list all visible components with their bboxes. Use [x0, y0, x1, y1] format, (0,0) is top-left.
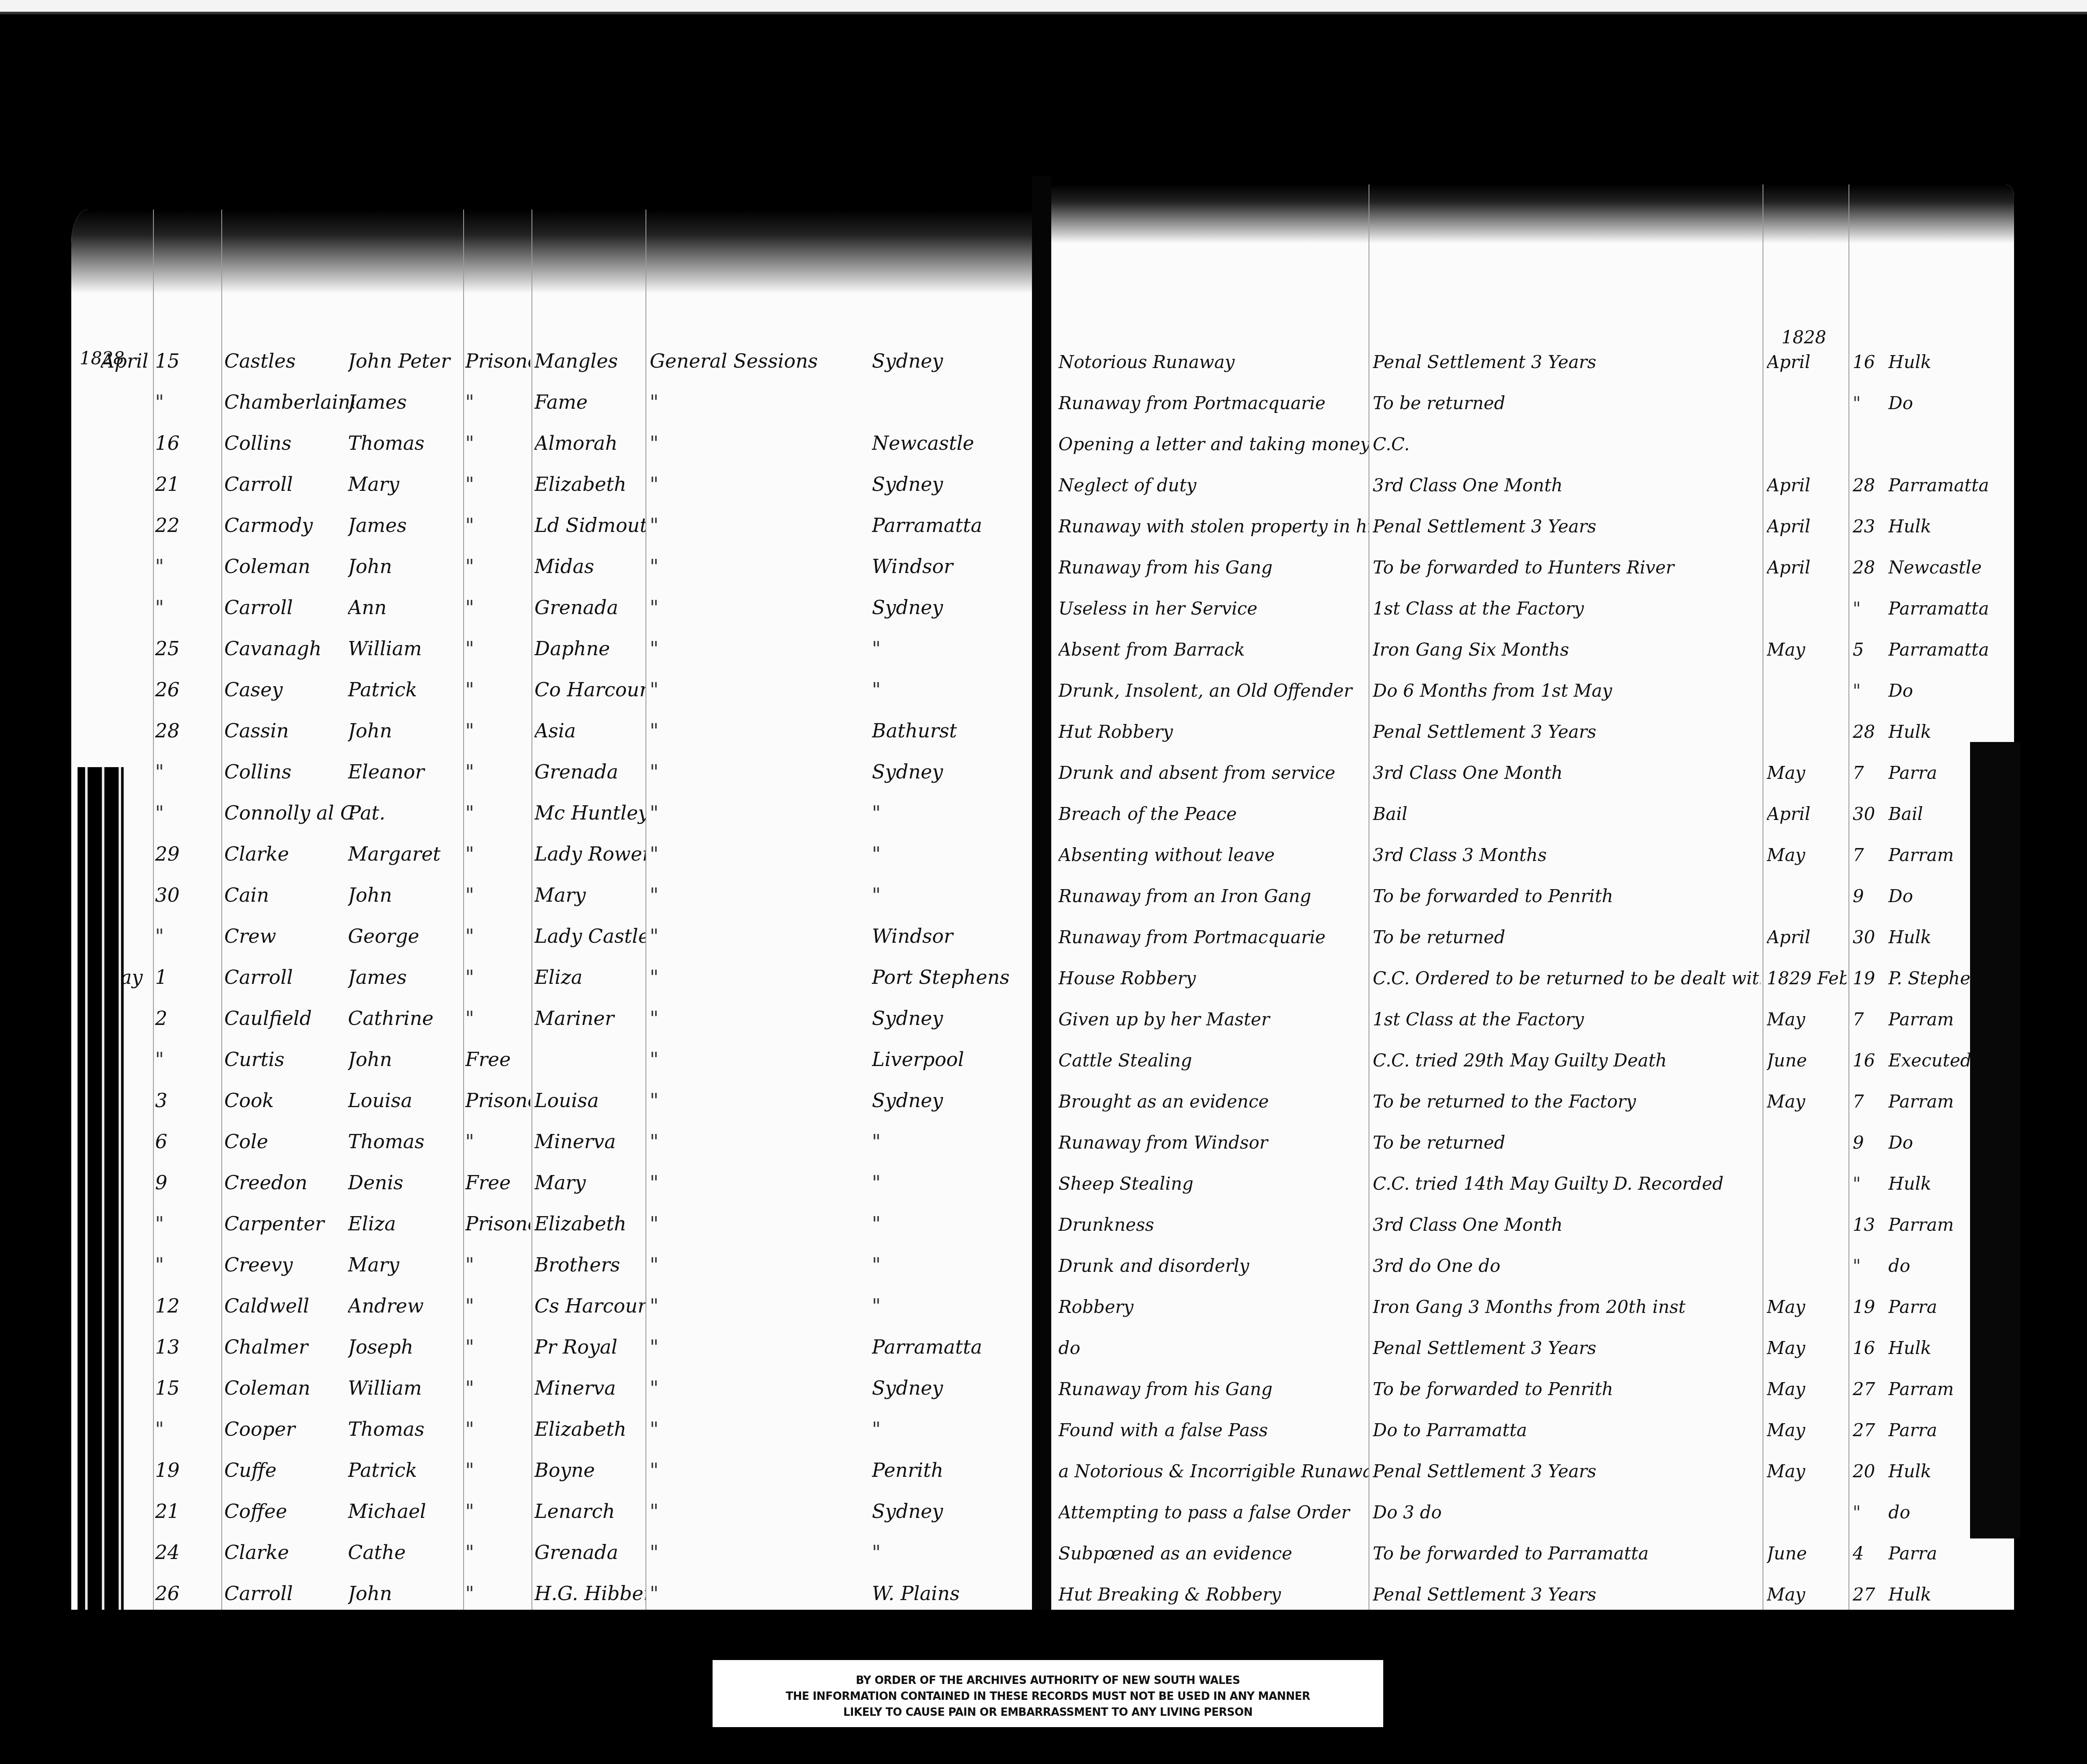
ledger-row: 12CaldwellAndrew"Cs Harcourt"" — [71, 1284, 1035, 1321]
entry-month: April — [1767, 475, 1846, 495]
entry-where-tried: " — [650, 1418, 868, 1440]
entry-offence: Drunk, Insolent, an Old Offender — [1058, 680, 1369, 701]
entry-destination: Parramatta — [1888, 639, 2010, 660]
entry-where-tried: " — [650, 802, 868, 824]
entry-where-tried: " — [650, 1212, 868, 1235]
entry-given-name: John — [348, 1582, 461, 1605]
entry-sentence: 3rd Class 3 Months — [1373, 845, 1760, 865]
ledger-row: 26CaseyPatrick"Co Harcourt"" — [71, 668, 1035, 705]
entry-day: 24 — [155, 1541, 184, 1564]
entry-given-name: Patrick — [348, 678, 461, 701]
entry-sentence: Iron Gang Six Months — [1373, 639, 1760, 660]
ledger-row: "CollinsEleanor"Grenada"Sydney — [71, 750, 1035, 787]
entry-ship: Lady Rowena — [534, 843, 646, 865]
entry-day: " — [1853, 1502, 1886, 1523]
entry-day: 7 — [1853, 1091, 1886, 1112]
ledger-row: 3CookLouisaPrisonerLouisa"Sydney — [71, 1079, 1035, 1116]
entry-offence: Runaway from Portmacquarie — [1058, 393, 1369, 413]
ledger-row: 25CavanaghWilliam"Daphne"" — [71, 627, 1035, 664]
entry-where-tried: " — [650, 555, 868, 578]
column-rule — [463, 210, 464, 1618]
entry-day: 19 — [155, 1459, 184, 1481]
entry-given-name: Cathe — [348, 1541, 461, 1564]
entry-destination: Hulk — [1888, 516, 2010, 537]
entry-month: May — [1767, 763, 1846, 783]
entry-ship: Mary — [534, 1171, 646, 1194]
entry-day: 16 — [155, 432, 184, 454]
entry-month: May — [1767, 639, 1846, 660]
entry-surname: Creedon — [224, 1171, 354, 1194]
entry-status: " — [465, 884, 530, 906]
entry-day: 7 — [1853, 1009, 1886, 1030]
entry-month: May — [1767, 1091, 1846, 1112]
entry-status: " — [465, 843, 530, 865]
entry-day: 28 — [1853, 475, 1886, 495]
book-gutter — [1032, 176, 1051, 1627]
ledger-row: 13ChalmerJoseph"Pr Royal"Parramatta — [71, 1326, 1035, 1362]
entry-ship: Elizabeth — [534, 1212, 646, 1235]
entry-ship: Grenada — [534, 1541, 646, 1564]
entry-status: " — [465, 514, 530, 537]
ledger-row: 29ClarkeMargaret"Lady Rowena"" — [71, 833, 1035, 869]
page-top-shadow — [71, 210, 1035, 293]
entry-where-tried: " — [650, 1130, 868, 1153]
entry-surname: Cole — [224, 1130, 354, 1153]
entry-day: 7 — [1853, 845, 1886, 865]
entry-day: " — [155, 802, 184, 824]
entry-sentence: C.C. Ordered to be returned to be dealt … — [1373, 968, 1760, 988]
entry-month: April — [1767, 352, 1846, 372]
entry-place: " — [872, 1171, 1031, 1194]
entry-offence: Runaway from his Gang — [1058, 1379, 1369, 1399]
entry-status: " — [465, 966, 530, 988]
entry-where-tried: " — [650, 1500, 868, 1523]
entry-surname: Carpenter — [224, 1212, 354, 1235]
archives-notice: BY ORDER OF THE ARCHIVES AUTHORITY OF NE… — [713, 1660, 1383, 1727]
entry-day: " — [1853, 393, 1886, 413]
ledger-row: Drunk, Insolent, an Old OffenderDo 6 Mon… — [1050, 668, 2014, 705]
entry-where-tried: " — [650, 1336, 868, 1358]
entry-given-name: Mary — [348, 1253, 461, 1276]
entry-day: 26 — [155, 678, 184, 701]
column-rule — [531, 210, 532, 1618]
entry-given-name: William — [348, 637, 461, 660]
ledger-right-page: 1828 Notorious RunawayPenal Settlement 3… — [1050, 184, 2014, 1618]
entry-day: 3 — [155, 1089, 184, 1112]
entry-day: 12 — [155, 1294, 184, 1317]
entry-status: " — [465, 1253, 530, 1276]
entry-surname: Crew — [224, 925, 354, 947]
entry-day: 6 — [155, 1130, 184, 1153]
entry-place: Sydney — [872, 596, 1031, 619]
entry-offence: Hut Robbery — [1058, 721, 1369, 742]
entry-given-name: William — [348, 1377, 461, 1399]
entry-ship: Eliza — [534, 966, 646, 988]
entry-where-tried: " — [650, 473, 868, 495]
entry-day: " — [1853, 598, 1886, 619]
book-binding-left — [78, 767, 124, 1614]
notice-line-3: LIKELY TO CAUSE PAIN OR EMBARRASSMENT TO… — [713, 1704, 1383, 1720]
entry-where-tried: " — [650, 1294, 868, 1317]
entry-ship: Pr Royal — [534, 1336, 646, 1358]
ledger-row: a Notorious & Incorrigible RunawayPenal … — [1050, 1449, 2014, 1486]
entry-day: 23 — [1853, 516, 1886, 537]
entry-offence: Attempting to pass a false Order — [1058, 1502, 1369, 1523]
ledger-row: 21CarrollMary"Elizabeth"Sydney — [71, 463, 1035, 500]
entry-offence: Runaway from an Iron Gang — [1058, 886, 1369, 906]
entry-sentence: To be forwarded to Penrith — [1373, 886, 1760, 906]
entry-surname: Cooper — [224, 1418, 354, 1440]
entry-day: 20 — [1853, 1461, 1886, 1481]
entry-given-name: Thomas — [348, 432, 461, 454]
entry-month: June — [1767, 1543, 1846, 1564]
entry-status: " — [465, 432, 530, 454]
entry-surname: Cassin — [224, 719, 354, 742]
entry-given-name: Cathrine — [348, 1007, 461, 1030]
column-rule — [221, 210, 222, 1618]
entry-place: " — [872, 637, 1031, 660]
entry-given-name: John — [348, 1048, 461, 1071]
entry-month: May — [1767, 1420, 1846, 1440]
entry-status: Free — [465, 1171, 530, 1194]
entry-surname: Collins — [224, 432, 354, 454]
entry-surname: Carroll — [224, 1582, 354, 1605]
entry-given-name: Patrick — [348, 1459, 461, 1481]
entry-sentence: 1st Class at the Factory — [1373, 1009, 1760, 1030]
entry-sentence: Penal Settlement 3 Years — [1373, 1461, 1760, 1481]
book-binding-right — [1970, 742, 2020, 1538]
entry-offence: Runaway from Windsor — [1058, 1132, 1369, 1153]
entry-offence: Given up by her Master — [1058, 1009, 1369, 1030]
entry-where-tried: " — [650, 1089, 868, 1112]
entry-day: 22 — [155, 514, 184, 537]
entry-offence: Absenting without leave — [1058, 845, 1369, 865]
entry-ship: Brothers — [534, 1253, 646, 1276]
ledger-row: 15ColemanWilliam"Minerva"Sydney — [71, 1367, 1035, 1403]
entry-day: " — [155, 1048, 184, 1071]
entry-day: 9 — [1853, 886, 1886, 906]
entry-day: " — [155, 1253, 184, 1276]
entry-ship: Lenarch — [534, 1500, 646, 1523]
entry-offence: Drunkness — [1058, 1214, 1369, 1235]
entry-status: " — [465, 473, 530, 495]
entry-day: 13 — [155, 1336, 184, 1358]
entry-place: Liverpool — [872, 1048, 1031, 1071]
entry-given-name: Andrew — [348, 1294, 461, 1317]
entry-place: Bathurst — [872, 719, 1031, 742]
entry-surname: Cook — [224, 1089, 354, 1112]
entry-sentence: C.C. — [1373, 434, 1760, 454]
ledger-row: Subpœned as an evidenceTo be forwarded t… — [1050, 1531, 2014, 1568]
entry-destination: Parra — [1888, 1543, 2010, 1564]
ledger-row: Runaway from an Iron GangTo be forwarded… — [1050, 874, 2014, 911]
entry-offence: Runaway with stolen property in his poss… — [1058, 516, 1369, 537]
entry-day: " — [1853, 1256, 1886, 1276]
ledger-row: Runaway from his GangTo be forwarded to … — [1050, 1367, 2014, 1403]
entry-day: 16 — [1853, 352, 1886, 372]
entry-given-name: Mary — [348, 473, 461, 495]
entry-offence: Runaway from his Gang — [1058, 557, 1369, 578]
page-top-shadow — [1050, 184, 2014, 243]
entry-place: Windsor — [872, 925, 1031, 947]
entry-sentence: To be returned — [1373, 927, 1760, 947]
entry-ship: Boyne — [534, 1459, 646, 1481]
entry-offence: Breach of the Peace — [1058, 804, 1369, 824]
entry-given-name: Thomas — [348, 1418, 461, 1440]
entry-day: 16 — [1853, 1338, 1886, 1358]
entry-offence: Found with a false Pass — [1058, 1420, 1369, 1440]
ledger-row: April15CastlesJohn PeterPrisonerManglesG… — [71, 340, 1035, 376]
entry-month: May — [1767, 1584, 1846, 1605]
ledger-row: "Connolly al CaballyPat."Mc Huntley"" — [71, 791, 1035, 828]
entry-place: Sydney — [872, 350, 1031, 372]
entry-day: 25 — [155, 637, 184, 660]
entry-place: Sydney — [872, 1007, 1031, 1030]
entry-ship: Mariner — [534, 1007, 646, 1030]
entry-sentence: Iron Gang 3 Months from 20th inst — [1373, 1297, 1760, 1317]
entry-month: April — [1767, 557, 1846, 578]
entry-day: 27 — [1853, 1379, 1886, 1399]
ledger-row: "CurtisJohnFree"Liverpool — [71, 1038, 1035, 1075]
entry-day: " — [1853, 1173, 1886, 1194]
entry-offence: Brought as an evidence — [1058, 1091, 1369, 1112]
ledger-row: Brought as an evidenceTo be returned to … — [1050, 1079, 2014, 1116]
ledger-row: "ChamberlaineJames"Fame" — [71, 381, 1035, 418]
entry-surname: Coffee — [224, 1500, 354, 1523]
entry-month: May — [1767, 1379, 1846, 1399]
entry-day: 28 — [155, 719, 184, 742]
ledger-row: Drunk and absent from service3rd Class O… — [1050, 750, 2014, 787]
entry-day: 19 — [1853, 1297, 1886, 1317]
ledger-row: 2CaulfieldCathrine"Mariner"Sydney — [71, 997, 1035, 1034]
entry-ship: Mary — [534, 884, 646, 906]
entry-where-tried: " — [650, 637, 868, 660]
entry-place: " — [872, 802, 1031, 824]
entry-sentence: To be returned — [1373, 1132, 1760, 1153]
entry-where-tried: General Sessions — [650, 350, 868, 372]
entry-status: " — [465, 719, 530, 742]
scan-bottom-shadow — [63, 1610, 2033, 1660]
entry-given-name: James — [348, 391, 461, 413]
entry-where-tried: " — [650, 1007, 868, 1030]
ledger-row: Attempting to pass a false OrderDo 3 do"… — [1050, 1490, 2014, 1527]
entry-sentence: Penal Settlement 3 Years — [1373, 1584, 1760, 1605]
entry-place: " — [872, 843, 1031, 865]
entry-where-tried: " — [650, 843, 868, 865]
entry-ship: Asia — [534, 719, 646, 742]
entry-given-name: John — [348, 719, 461, 742]
ledger-row: Sheep StealingC.C. tried 14th May Guilty… — [1050, 1161, 2014, 1198]
entry-sentence: Do to Parramatta — [1373, 1420, 1760, 1440]
entry-status: " — [465, 1294, 530, 1317]
entry-status: Free — [465, 1048, 530, 1071]
entry-sentence: To be forwarded to Hunters River — [1373, 557, 1760, 578]
entry-given-name: John Peter — [348, 350, 461, 372]
entry-ship: Daphne — [534, 637, 646, 660]
entry-where-tried: " — [650, 884, 868, 906]
ledger-row: 16CollinsThomas"Almorah"Newcastle — [71, 422, 1035, 459]
entry-status: " — [465, 1007, 530, 1030]
entry-status: " — [465, 1336, 530, 1358]
ledger-row: Given up by her Master1st Class at the F… — [1050, 997, 2014, 1034]
entry-surname: Coleman — [224, 1377, 354, 1399]
entry-where-tried: " — [650, 514, 868, 537]
entry-given-name: Eliza — [348, 1212, 461, 1235]
entry-offence: Subpœned as an evidence — [1058, 1543, 1369, 1564]
column-rule — [153, 210, 154, 1618]
entry-sentence: 1st Class at the Factory — [1373, 598, 1760, 619]
entry-place: " — [872, 1418, 1031, 1440]
ledger-row: 22CarmodyJames"Ld Sidmouth"Parramatta — [71, 504, 1035, 541]
ledger-row: 26CarrollJohn"H.G. Hibbert"W. Plains — [71, 1572, 1035, 1609]
ledger-row: Found with a false PassDo to ParramattaM… — [1050, 1408, 2014, 1445]
entry-month: May — [1767, 1009, 1846, 1030]
ledger-row: "ColemanJohn"Midas"Windsor — [71, 545, 1035, 582]
entry-surname: Cain — [224, 884, 354, 906]
entry-given-name: James — [348, 514, 461, 537]
ledger-row: Runaway from WindsorTo be returned9Do — [1050, 1120, 2014, 1157]
ledger-row: House RobberyC.C. Ordered to be returned… — [1050, 956, 2014, 993]
entry-status: Prisoner — [465, 1212, 530, 1235]
entry-day: 4 — [1853, 1543, 1886, 1564]
entry-day: 28 — [1853, 557, 1886, 578]
entry-place: Sydney — [872, 1089, 1031, 1112]
entry-place: Newcastle — [872, 432, 1031, 454]
entry-where-tried: " — [650, 966, 868, 988]
entry-sentence: 3rd Class One Month — [1373, 1214, 1760, 1235]
ledger-row: May1CarrollJames"Eliza"Port Stephens — [71, 956, 1035, 993]
entry-status: " — [465, 1459, 530, 1481]
entry-ship: Mc Huntley — [534, 802, 646, 824]
entry-where-tried: " — [650, 596, 868, 619]
ledger-row: Neglect of duty3rd Class One MonthApril2… — [1050, 463, 2014, 500]
entry-place: Parramatta — [872, 514, 1031, 537]
ledger-row: Runaway with stolen property in his poss… — [1050, 504, 2014, 541]
entry-month: April — [1767, 927, 1846, 947]
entry-given-name: George — [348, 925, 461, 947]
entry-where-tried: " — [650, 391, 868, 413]
entry-place: Parramatta — [872, 1336, 1031, 1358]
entry-surname: Connolly al Cabally — [224, 802, 354, 824]
entry-day: 28 — [1853, 721, 1886, 742]
entry-sentence: Do 3 do — [1373, 1502, 1760, 1523]
ledger-row: "CrewGeorge"Lady Castlereagh"Windsor — [71, 915, 1035, 952]
entry-status: " — [465, 1418, 530, 1440]
entry-day: 26 — [155, 1582, 184, 1605]
entry-ship: Grenada — [534, 596, 646, 619]
entry-sentence: 3rd do One do — [1373, 1256, 1760, 1276]
entry-where-tried: " — [650, 1582, 868, 1605]
entry-place: Sydney — [872, 473, 1031, 495]
ledger-row: Hut RobberyPenal Settlement 3 Years28Hul… — [1050, 709, 2014, 746]
entry-status: " — [465, 637, 530, 660]
entry-status: " — [465, 596, 530, 619]
entry-status: " — [465, 555, 530, 578]
entry-month: June — [1767, 1050, 1846, 1071]
entry-given-name: John — [348, 555, 461, 578]
entry-day: " — [155, 391, 184, 413]
entry-status: " — [465, 1377, 530, 1399]
entry-ship: Louisa — [534, 1089, 646, 1112]
entry-place: " — [872, 1541, 1031, 1564]
entry-offence: Absent from Barrack — [1058, 639, 1369, 660]
notice-line-2: THE INFORMATION CONTAINED IN THESE RECOR… — [713, 1689, 1383, 1704]
entry-sentence: 3rd Class One Month — [1373, 475, 1760, 495]
ledger-row: Runaway from his GangTo be forwarded to … — [1050, 545, 2014, 582]
entry-place: Windsor — [872, 555, 1031, 578]
entry-surname: Carmody — [224, 514, 354, 537]
entry-status: " — [465, 1582, 530, 1605]
entry-place: Sydney — [872, 760, 1031, 783]
ledger-row: "CooperThomas"Elizabeth"" — [71, 1408, 1035, 1445]
entry-where-tried: " — [650, 1459, 868, 1481]
entry-where-tried: " — [650, 1377, 868, 1399]
ledger-row: Notorious RunawayPenal Settlement 3 Year… — [1050, 340, 2014, 376]
entry-where-tried: " — [650, 1048, 868, 1071]
entry-ship: Elizabeth — [534, 1418, 646, 1440]
entry-ship: Minerva — [534, 1377, 646, 1399]
entry-surname: Clarke — [224, 843, 354, 865]
entry-where-tried: " — [650, 432, 868, 454]
entry-surname: Castles — [224, 350, 354, 372]
entry-destination: Parramatta — [1888, 598, 2010, 619]
entry-destination: Do — [1888, 393, 2010, 413]
ledger-row: 24ClarkeCathe"Grenada"" — [71, 1531, 1035, 1568]
ledger-row: Absenting without leave3rd Class 3 Month… — [1050, 833, 2014, 869]
entry-offence: a Notorious & Incorrigible Runaway — [1058, 1461, 1369, 1481]
entry-given-name: John — [348, 884, 461, 906]
entry-sentence: Penal Settlement 3 Years — [1373, 1338, 1760, 1358]
entry-month: April — [101, 350, 151, 372]
entry-offence: Robbery — [1058, 1297, 1369, 1317]
entry-place: Penrith — [872, 1459, 1031, 1481]
entry-surname: Curtis — [224, 1048, 354, 1071]
scan-top-edge — [0, 0, 2087, 14]
entry-sentence: To be returned to the Factory — [1373, 1091, 1760, 1112]
entry-status: " — [465, 678, 530, 701]
entry-surname: Caulfield — [224, 1007, 354, 1030]
entry-given-name: James — [348, 966, 461, 988]
entry-day: 2 — [155, 1007, 184, 1030]
entry-offence: Useless in her Service — [1058, 598, 1369, 619]
ledger-row: doPenal Settlement 3 YearsMay16Hulk — [1050, 1326, 2014, 1362]
entry-day: 27 — [1853, 1584, 1886, 1605]
entry-sentence: 3rd Class One Month — [1373, 763, 1760, 783]
entry-sentence: Do 6 Months from 1st May — [1373, 680, 1760, 701]
ledger-row: 9CreedonDenisFreeMary"" — [71, 1161, 1035, 1198]
entry-ship: Mangles — [534, 350, 646, 372]
entry-status: Prisoner — [465, 350, 530, 372]
ledger-row: "CarpenterElizaPrisonerElizabeth"" — [71, 1202, 1035, 1239]
ledger-row: 28CassinJohn"Asia"Bathurst — [71, 709, 1035, 746]
entry-offence: Neglect of duty — [1058, 475, 1369, 495]
ledger-row: RobberyIron Gang 3 Months from 20th inst… — [1050, 1284, 2014, 1321]
entry-day: 13 — [1853, 1214, 1886, 1235]
ledger-row: Useless in her Service1st Class at the F… — [1050, 586, 2014, 623]
entry-place: Sydney — [872, 1377, 1031, 1399]
entry-day: 9 — [1853, 1132, 1886, 1153]
entry-day: 27 — [1853, 1420, 1886, 1440]
entry-destination: Hulk — [1888, 352, 2010, 372]
ledger-row: 21CoffeeMichael"Lenarch"Sydney — [71, 1490, 1035, 1527]
entry-where-tried: " — [650, 760, 868, 783]
entry-place: Port Stephens — [872, 966, 1031, 988]
entry-surname: Collins — [224, 760, 354, 783]
entry-month: May — [1767, 845, 1846, 865]
entry-day: 30 — [1853, 804, 1886, 824]
entry-offence: House Robbery — [1058, 968, 1369, 988]
entry-ship: Elizabeth — [534, 473, 646, 495]
